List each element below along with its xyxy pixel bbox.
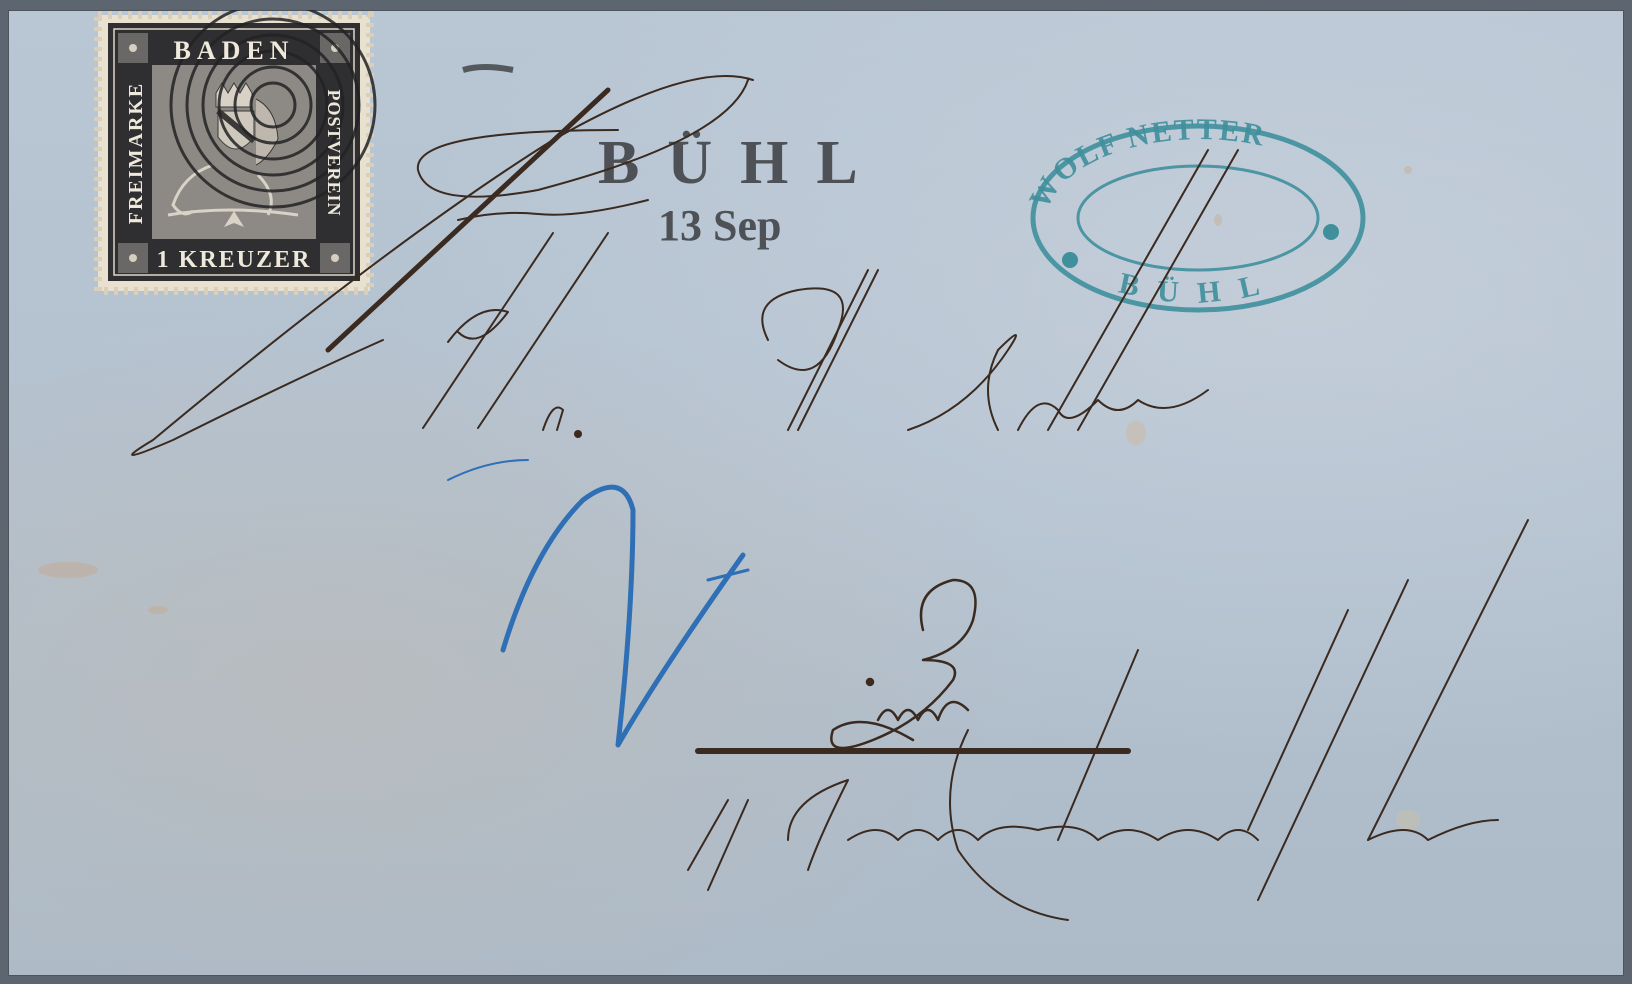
handwriting-district: [688, 520, 1528, 900]
stamp: BADEN FREIMARKE POSTVEREIN 1 KREUZER: [98, 10, 375, 291]
cachet-top-text: WOLF NETTER: [1023, 113, 1269, 214]
postmark-date: 13 Sep: [658, 201, 781, 250]
postal-cover: BADEN FREIMARKE POSTVEREIN 1 KREUZER BÜH…: [8, 10, 1624, 976]
postmark-town: BÜHL: [598, 129, 886, 197]
cover-drawing: BADEN FREIMARKE POSTVEREIN 1 KREUZER BÜH…: [8, 10, 1624, 976]
stamp-top-text: BADEN: [173, 36, 294, 65]
town-postmark: BÜHL 13 Sep: [463, 67, 886, 250]
stamp-right-text: POSTVEREIN: [324, 89, 344, 216]
stamp-bottom-text: 1 KREUZER: [157, 247, 312, 273]
handwriting-town: [698, 580, 1128, 920]
blue-crayon-mark: [448, 460, 748, 745]
oval-cachet: WOLF NETTER BÜHL: [1023, 113, 1363, 310]
stamp-left-text: FREIMARKE: [125, 82, 147, 224]
